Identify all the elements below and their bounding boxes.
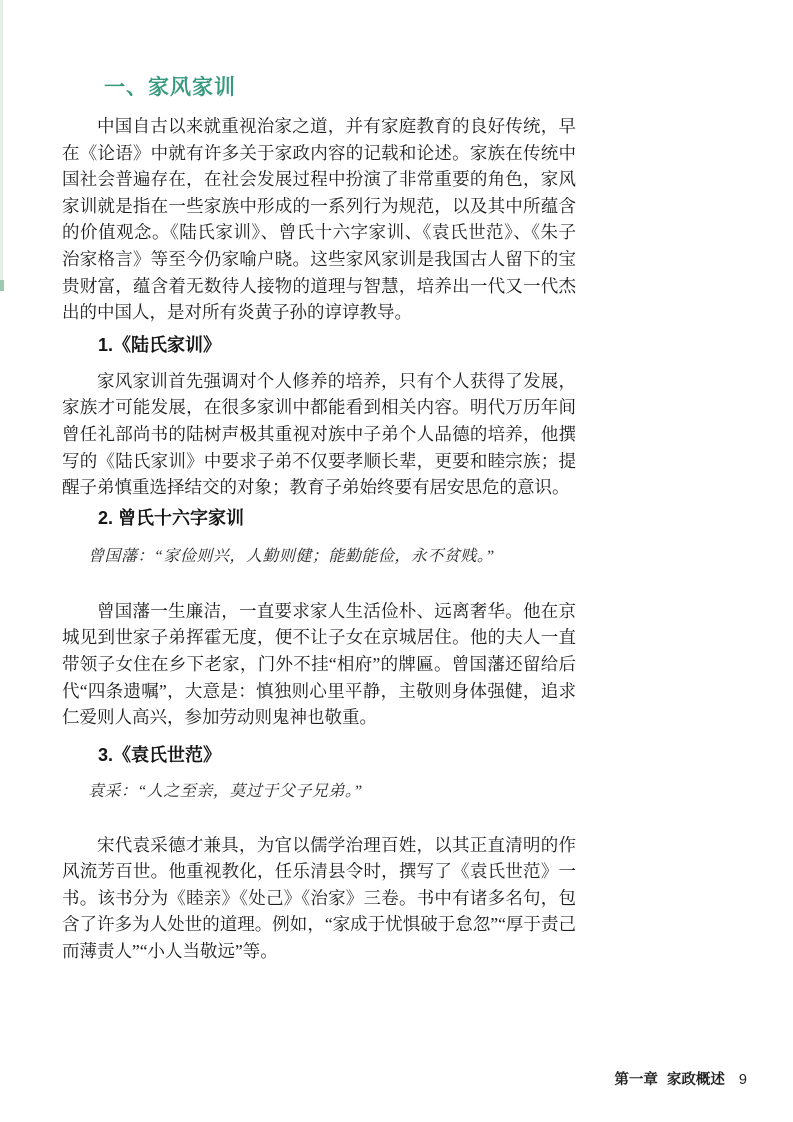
subsection-body-zengshi: 曾国藩一生廉洁，一直要求家人生活俭朴、远离奢华。他在京城见到世家子弟挥霍无度，便… [62,598,576,731]
book-page: 一、家风家训 中国自古以来就重视治家之道，并有家庭教育的良好传统，早在《论语》中… [0,0,793,1122]
quote-yuancai: 袁采：“人之至亲，莫过于父子兄弟。” [62,781,576,803]
chapter-section-title: 一、家风家训 [62,76,576,100]
subsection-heading-lushi: 1.《陆氏家训》 [62,334,576,356]
quote-zengguofan: 曾国藩：“家俭则兴，人勤则健；能勤能俭，永不贫贱。” [62,546,576,568]
page-content: 一、家风家训 中国自古以来就重视治家之道，并有家庭教育的良好传统，早在《论语》中… [62,0,576,965]
footer-page-number: 9 [739,1072,747,1088]
footer-chapter-label: 第一章 [614,1072,658,1088]
page-footer: 第一章家政概述9 [614,1071,747,1089]
page-edge-artifact [0,0,3,288]
intro-paragraph: 中国自古以来就重视治家之道，并有家庭教育的良好传统，早在《论语》中就有许多关于家… [62,113,576,326]
subsection-body-yuanshi: 宋代袁采德才兼具，为官以儒学治理百姓，以其正直清明的作风流芳百世。他重视教化，任… [62,832,576,965]
subsection-body-lushi: 家风家训首先强调对个人修养的培养，只有个人获得了发展，家族才可能发展，在很多家训… [62,368,576,501]
page-edge-tick [0,280,4,291]
subsection-heading-yuanshi: 3.《袁氏世范》 [62,744,576,766]
subsection-heading-zengshi: 2. 曾氏十六字家训 [62,507,576,529]
footer-section-label: 家政概述 [667,1072,725,1088]
